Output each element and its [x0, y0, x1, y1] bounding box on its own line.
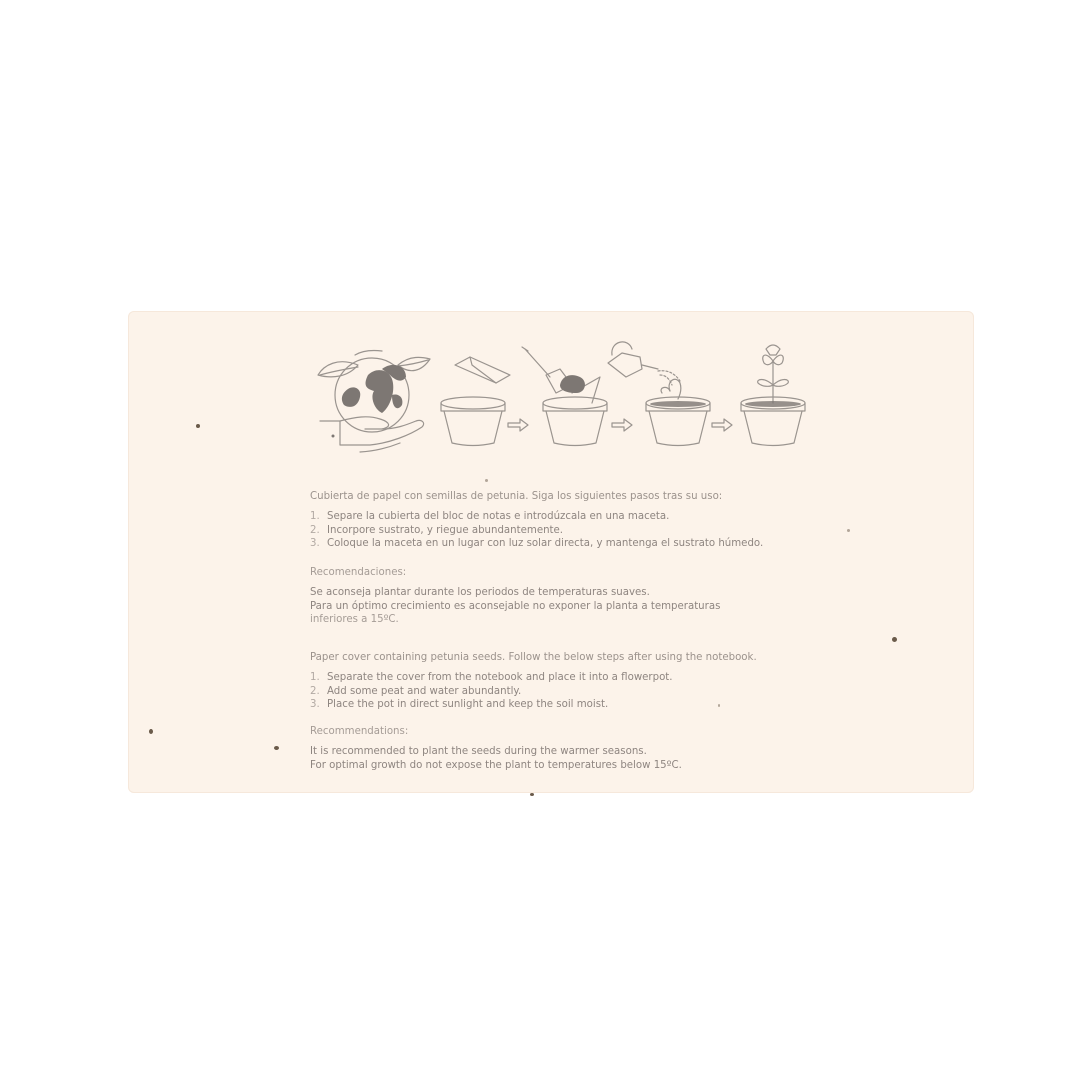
spanish-instructions: Cubierta de papel con semillas de petuni…: [310, 490, 763, 550]
english-recommendations-heading: Recommendations:: [310, 725, 682, 738]
list-item: 2.Incorpore sustrato, y riegue abundante…: [310, 524, 763, 537]
recommendation-line: For optimal growth do not expose the pla…: [310, 759, 682, 772]
spanish-intro: Cubierta de papel con semillas de petuni…: [310, 490, 763, 503]
arrow-icon: [508, 419, 528, 431]
seed-speck: [196, 424, 200, 428]
seed-speck: [847, 529, 850, 532]
english-instructions: Paper cover containing petunia seeds. Fo…: [310, 651, 757, 711]
list-item: 1.Separe la cubierta del bloc de notas e…: [310, 510, 763, 523]
list-item: 3.Place the pot in direct sunlight and k…: [310, 698, 757, 711]
english-recommendations: Recommendations: It is recommended to pl…: [310, 725, 682, 772]
recommendation-line: It is recommended to plant the seeds dur…: [310, 745, 682, 758]
seed-paper-pot-icon: [441, 357, 510, 446]
list-item: 1.Separate the cover from the notebook a…: [310, 671, 757, 684]
list-item: 3.Coloque la maceta en un lugar con luz …: [310, 537, 763, 550]
list-item: 2.Add some peat and water abundantly.: [310, 685, 757, 698]
trowel-soil-pot-icon: [522, 347, 607, 446]
spanish-recommendations-heading: Recomendaciones:: [310, 566, 720, 579]
english-intro: Paper cover containing petunia seeds. Fo…: [310, 651, 757, 664]
arrow-icon: [612, 419, 632, 431]
planting-steps-illustration: [310, 335, 830, 455]
spanish-steps-list: 1.Separe la cubierta del bloc de notas e…: [310, 510, 763, 550]
seed-speck: [892, 637, 897, 642]
recommendation-line: Para un óptimo crecimiento es aconsejabl…: [310, 600, 720, 613]
watering-can-pot-icon: [608, 342, 710, 446]
flower-pot-icon: [741, 345, 805, 446]
seed-speck: [485, 479, 488, 482]
seed-speck: [149, 729, 153, 734]
arrow-icon: [712, 419, 732, 431]
spanish-recommendations: Recomendaciones: Se aconseja plantar dur…: [310, 566, 720, 626]
recommendation-line: inferiores a 15ºC.: [310, 613, 720, 626]
seed-speck: [274, 746, 279, 750]
english-steps-list: 1.Separate the cover from the notebook a…: [310, 671, 757, 711]
seed-speck: [530, 793, 534, 796]
recommendation-line: Se aconseja plantar durante los periodos…: [310, 586, 720, 599]
